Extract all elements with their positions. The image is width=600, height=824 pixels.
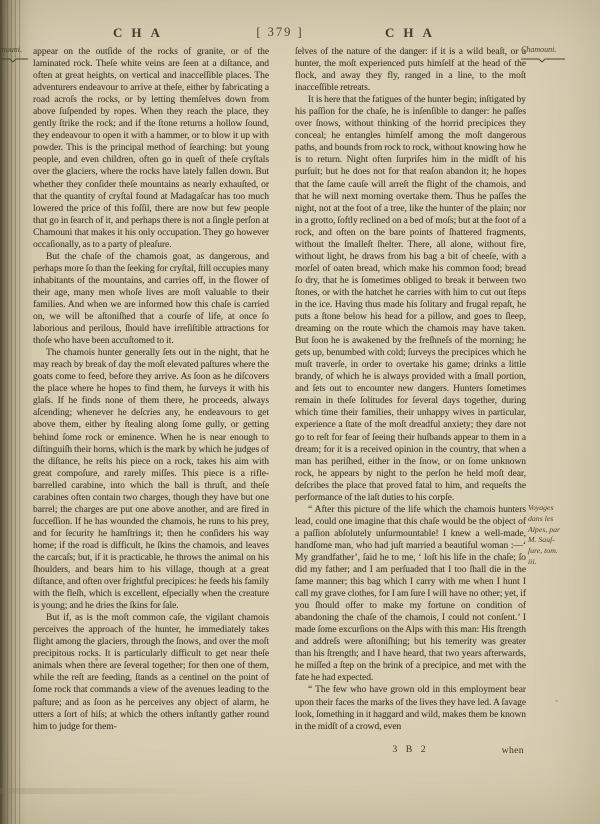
- reference-line: Alpes, par: [528, 525, 598, 536]
- page-number: [ 379 ]: [234, 25, 326, 40]
- paragraph: “ The few who have grown old in this emp…: [295, 684, 526, 732]
- right-column: ſelves of the nature of the danger: if i…: [295, 46, 526, 733]
- reference-line: Voyages: [528, 503, 598, 514]
- page-edges: [7, 0, 20, 824]
- paragraph: ſelves of the nature of the danger: if i…: [295, 46, 526, 94]
- signature-mark: 3 B 2: [295, 744, 526, 755]
- margin-note-reference: Voyages dans les Alpes, par M. Sauſ- ſur…: [528, 503, 598, 568]
- paragraph: The chamois hunter generally ſets out in…: [33, 347, 269, 612]
- flourish-icon: [521, 57, 565, 64]
- footer-line: 3 B 2 when: [295, 744, 526, 757]
- paper-speckle: [95, 658, 98, 661]
- reference-line: ſure, tom.: [528, 546, 598, 557]
- book-page: CHA [ 379 ] CHA mouni. appear on the out…: [0, 0, 600, 824]
- left-column: appear on the outſide of the rocks of gr…: [33, 46, 269, 733]
- catchword: when: [502, 745, 524, 756]
- paper-stain: [0, 788, 210, 794]
- running-title-right: CHA: [368, 25, 458, 41]
- reference-line: M. Sauſ-: [528, 535, 598, 546]
- paragraph: But if, as is the moſt common caſe, the …: [33, 612, 269, 732]
- margin-note-article-left: mouni.: [0, 45, 30, 64]
- margin-note-left-label: mouni.: [0, 45, 22, 54]
- paper-speckle: [470, 250, 472, 252]
- paragraph: It is here that the fatigues of the hunt…: [295, 94, 526, 504]
- paragraph: But the chaſe of the chamois goat, as da…: [33, 251, 269, 347]
- running-title-left: CHA: [96, 25, 186, 41]
- paragraph: appear on the outſide of the rocks of gr…: [33, 46, 269, 251]
- reference-line: iii.: [528, 557, 598, 568]
- margin-note-right-label: Chamouni.: [521, 45, 556, 54]
- reference-line: dans les: [528, 514, 598, 525]
- paragraph: “ After this picture of the life which t…: [295, 504, 526, 685]
- margin-note-article-right: Chamouni.: [521, 45, 597, 64]
- flourish-icon: [0, 57, 28, 64]
- paper-speckle: [555, 700, 558, 702]
